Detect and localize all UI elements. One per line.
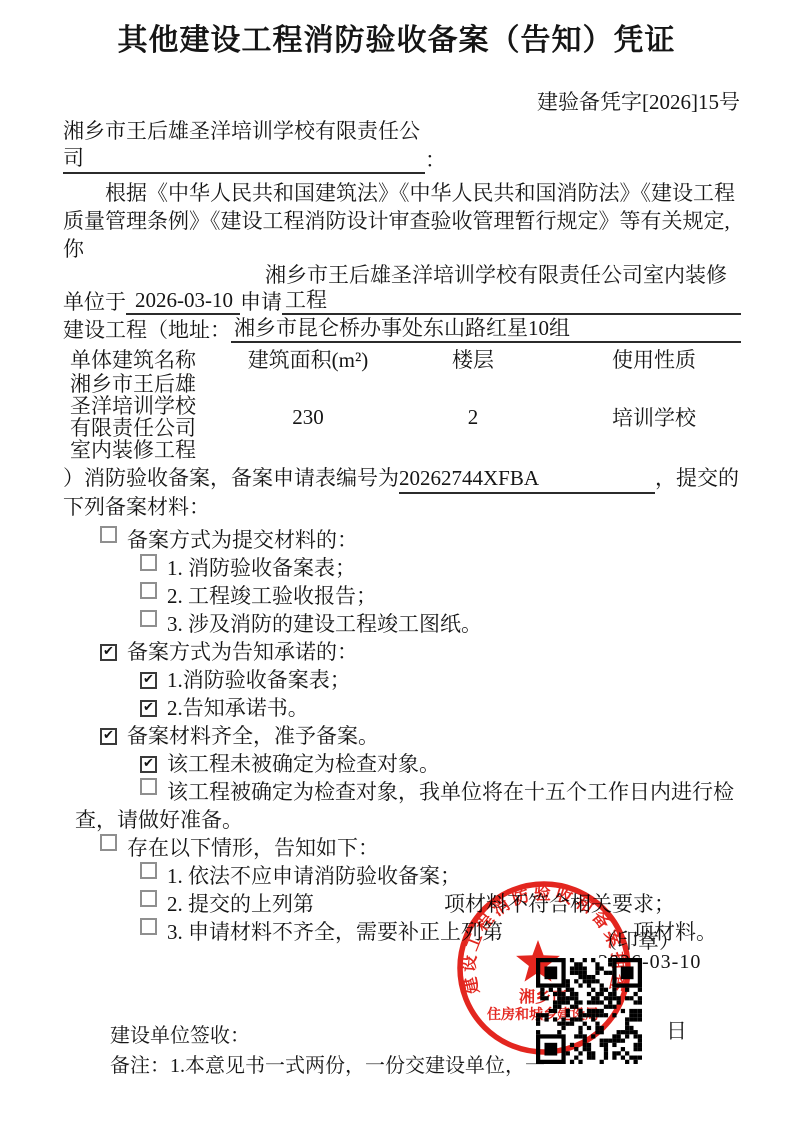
unit-prefix: 单位于 xyxy=(63,289,126,315)
address-field: 湘乡市昆仑桥办事处东山路红星10组 xyxy=(231,315,741,343)
filing-prefix: ）消防验收备案，备案申请表编号为 xyxy=(63,466,399,490)
col-header-area: 建筑面积(m²) xyxy=(238,348,378,373)
checkbox-unchecked[interactable] xyxy=(100,834,117,851)
filing-line1: ）消防验收备案，备案申请表编号为20262744XFBA，提交的 xyxy=(63,465,741,494)
intro-line2: 质量管理条例》《建设工程消防设计审查验收管理暂行规定》等有关规定,你 xyxy=(63,207,741,263)
checklist-item: ✔2.告知承诺书。 xyxy=(63,694,740,722)
apply-date-field: 2026-03-10 xyxy=(126,287,240,315)
checklist-item-label: 该工程未被确定为检查对象。 xyxy=(167,752,440,776)
page-title: 其他建设工程消防验收备案（告知）凭证 xyxy=(0,0,793,60)
addressee-colon: ： xyxy=(425,147,446,174)
intro-line1: 根据《中华人民共和国建筑法》《中华人民共和国消防法》《建设工程 xyxy=(63,179,741,207)
checklist-item-label: 1. 消防验收备案表； xyxy=(167,556,356,580)
document-number: 建验备凭字[2026]15号 xyxy=(0,90,793,114)
checkbox-checked[interactable]: ✔ xyxy=(140,700,157,717)
checklist-item: 3. 涉及消防的建设工程竣工图纸。 xyxy=(63,610,740,638)
col-header-usage: 使用性质 xyxy=(568,348,740,373)
checklist: 备案方式为提交材料的：1. 消防验收备案表；2. 工程竣工验收报告；3. 涉及消… xyxy=(63,526,740,946)
checklist-item: 2. 提交的上列第项材料不符合相关要求； xyxy=(63,890,740,918)
address-label: 建设工程（地址： xyxy=(63,317,231,343)
checkbox-unchecked[interactable] xyxy=(140,554,157,571)
building-table: 单体建筑名称 建筑面积(m²) 楼层 使用性质 湘乡市王后雄 圣洋培训学校 有限… xyxy=(70,348,740,461)
checklist-item: ✔1.消防验收备案表； xyxy=(63,666,740,694)
cell-building-name: 湘乡市王后雄 圣洋培训学校 有限责任公司 室内装修工程 xyxy=(70,373,238,461)
checkbox-checked[interactable]: ✔ xyxy=(100,644,117,661)
checklist-item: 存在以下情形，告知如下： xyxy=(63,834,740,862)
addressee-line1: 湘乡市王后雄圣洋培训学校有限责任公 xyxy=(63,118,740,145)
checklist-item: 1. 消防验收备案表； xyxy=(63,554,740,582)
checklist-item-label: 2.告知承诺书。 xyxy=(167,696,309,720)
building-table-header: 单体建筑名称 建筑面积(m²) 楼层 使用性质 xyxy=(70,348,740,373)
checkbox-unchecked[interactable] xyxy=(140,890,157,907)
checklist-item-label: 2. 提交的上列第 xyxy=(167,892,314,916)
col-header-name: 单体建筑名称 xyxy=(70,348,238,373)
checkbox-checked[interactable]: ✔ xyxy=(140,672,157,689)
seal-org-line1: 湘乡市 xyxy=(519,987,567,1006)
checklist-item-label: 存在以下情形，告知如下： xyxy=(127,836,379,860)
checklist-item: ✔备案材料齐全，准予备案。 xyxy=(63,722,740,750)
filing-line2: 下列备案材料： xyxy=(63,494,741,521)
checklist-item-label: 备案材料齐全，准予备案。 xyxy=(127,724,379,748)
certificate-page: 其他建设工程消防验收备案（告知）凭证 建验备凭字[2026]15号 湘乡市王后雄… xyxy=(0,0,793,1122)
checklist-item-label: 3. 涉及消防的建设工程竣工图纸。 xyxy=(167,612,482,636)
seal-star-icon xyxy=(516,940,560,982)
checkbox-checked[interactable]: ✔ xyxy=(140,756,157,773)
day-label: 日 xyxy=(666,1015,687,1045)
checklist-item-label: 备案方式为提交材料的： xyxy=(127,528,358,552)
intro-paragraph: 根据《中华人民共和国建筑法》《中华人民共和国消防法》《建设工程 质量管理条例》《… xyxy=(63,179,741,263)
checklist-item: ✔该工程未被确定为检查对象。 xyxy=(63,750,740,778)
checklist-item-label: 1.消防验收备案表； xyxy=(167,668,351,692)
checklist-item-label: 该工程被确定为检查对象，我单位将在十五个工作日内进行检 xyxy=(167,780,734,804)
addressee-block: 湘乡市王后雄圣洋培训学校有限责任公 司： xyxy=(63,118,740,174)
cell-area: 230 xyxy=(238,405,378,430)
official-seal-stamp: 湖南省建设工程消防验收和备案抽查专用章 湘乡市 住房和城乡建设局 xyxy=(454,878,634,1058)
checkbox-checked[interactable]: ✔ xyxy=(100,728,117,745)
seal-org-line2: 住房和城乡建设局 xyxy=(487,1006,599,1023)
addressee-line2-underlined: 司 xyxy=(63,145,425,174)
checklist-item: 1. 依法不应申请消防验收备案； xyxy=(63,862,740,890)
checklist-item: 该工程被确定为检查对象，我单位将在十五个工作日内进行检 xyxy=(63,778,740,806)
table-row: 湘乡市王后雄 圣洋培训学校 有限责任公司 室内装修工程 230 2 培训学校 xyxy=(70,373,740,461)
checklist-item: 备案方式为提交材料的： xyxy=(63,526,740,554)
checklist-item: 2. 工程竣工验收报告； xyxy=(63,582,740,610)
checklist-item: ✔备案方式为告知承诺的： xyxy=(63,638,740,666)
checklist-item-label: 备案方式为告知承诺的： xyxy=(127,640,358,664)
checkbox-unchecked[interactable] xyxy=(140,862,157,879)
checklist-item-label: 2. 工程竣工验收报告； xyxy=(167,584,377,608)
col-header-floor: 楼层 xyxy=(378,348,568,373)
cell-floor: 2 xyxy=(378,405,568,430)
apply-line: 单位于 2026-03-10 申请 工程 xyxy=(63,287,741,315)
project-name-field: 工程 xyxy=(282,287,741,315)
checklist-item-label: 3. 申请材料不齐全，需要补正上列第 xyxy=(167,920,503,944)
apply-label: 申请 xyxy=(240,289,282,315)
checkbox-unchecked[interactable] xyxy=(140,610,157,627)
checklist-item-label: 1. 依法不应申请消防验收备案； xyxy=(167,864,461,888)
filing-number-field: 20262744XFBA xyxy=(399,465,655,494)
seal-ring-text: 湖南省建设工程消防验收和备案抽查专用章 xyxy=(454,878,630,996)
checkbox-unchecked[interactable] xyxy=(140,582,157,599)
sign-receipt-label: 建设单位签收： xyxy=(110,1019,250,1048)
checkbox-unchecked[interactable] xyxy=(140,918,157,935)
checkbox-unchecked[interactable] xyxy=(140,778,157,795)
address-line: 建设工程（地址： 湘乡市昆仑桥办事处东山路红星10组 xyxy=(63,315,741,343)
cell-usage: 培训学校 xyxy=(568,402,740,432)
filing-block: ）消防验收备案，备案申请表编号为20262744XFBA，提交的 下列备案材料： xyxy=(63,465,741,521)
checkbox-unchecked[interactable] xyxy=(100,526,117,543)
checklist-item-wrap: 查，请做好准备。 xyxy=(63,806,740,834)
project-name-overflow: 湘乡市王后雄圣洋培训学校有限责任公司室内装修 xyxy=(63,263,741,287)
filing-suffix: ，提交的 xyxy=(655,466,739,490)
